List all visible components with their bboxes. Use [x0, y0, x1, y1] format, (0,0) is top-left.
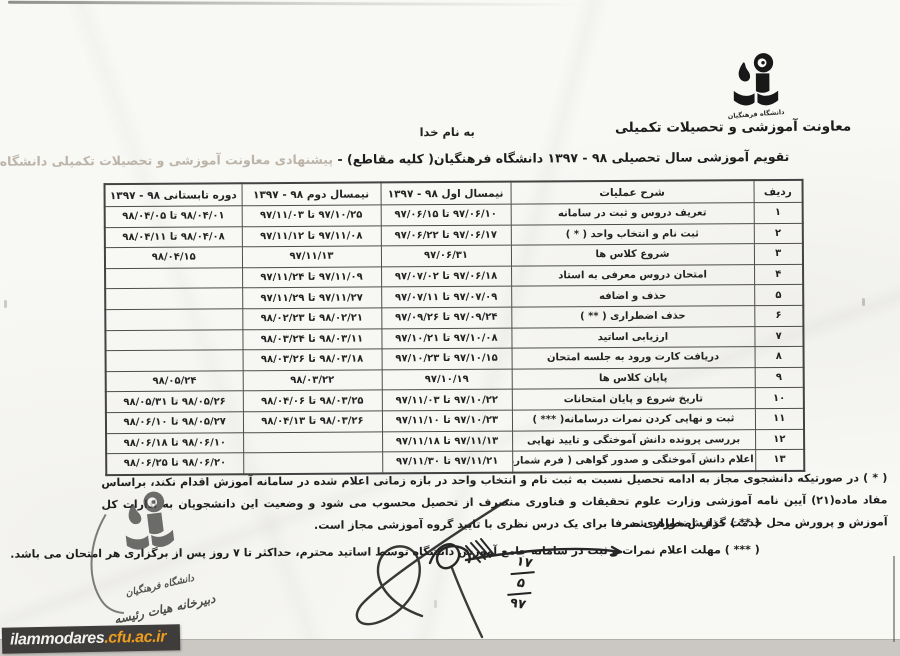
date-month: ۵ [499, 574, 544, 593]
cell-first-semester: ۹۷/۱۰/۱۵ تا ۹۷/۱۰/۲۳ [382, 348, 512, 369]
cell-first-semester: ۹۷/۱۰/۱۹ [382, 369, 512, 390]
cell-summer-term [105, 268, 242, 289]
cell-row-number: ۱ [754, 202, 803, 223]
cell-second-semester: ۹۸/۰۲/۲۱ تا ۹۸/۰۲/۲۳ [242, 308, 381, 329]
calendar-table-body: ۱تعریف دروس و ثبت در سامانه۹۷/۰۶/۱۰ تا ۹… [105, 202, 805, 474]
cell-summer-term [105, 288, 242, 309]
cell-summer-term: ۹۸/۰۵/۲۶ تا ۹۸/۰۵/۳۱ [106, 391, 243, 412]
cell-operation: شروع کلاس ها [511, 244, 754, 266]
cell-operation: حذف و اضافه [511, 285, 754, 307]
cell-second-semester: ۹۸/۰۳/۲۲ [243, 370, 382, 391]
cell-summer-term: ۹۸/۰۴/۱۵ [105, 247, 242, 268]
cell-row-number: ۶ [754, 305, 803, 326]
watermark-site-domain: .cfu.ac.ir [104, 629, 166, 647]
cell-second-semester: ۹۸/۰۳/۱۸ تا ۹۸/۰۳/۲۶ [243, 349, 382, 370]
cell-second-semester: ۹۸/۰۳/۲۵ تا ۹۸/۰۴/۰۶ [243, 390, 382, 411]
cell-summer-term [106, 350, 243, 371]
date-divider [511, 571, 535, 575]
university-logo: دانشگاه فرهنگیان [725, 52, 787, 118]
cell-first-semester: ۹۷/۰۶/۱۰ تا ۹۷/۰۶/۱۵ [381, 204, 511, 225]
cell-second-semester: ۹۷/۱۱/۲۷ تا ۹۷/۱۱/۲۹ [242, 287, 381, 308]
page-background: { "header": { "department": "معاونت آموز… [0, 0, 900, 656]
cell-row-number: ۸ [755, 346, 804, 367]
cell-summer-term: ۹۸/۰۵/۲۴ [106, 371, 243, 392]
cell-second-semester: ۹۷/۱۱/۱۳ [242, 246, 381, 267]
cell-second-semester [243, 431, 382, 452]
cell-row-number: ۹ [755, 367, 804, 388]
cell-summer-term: ۹۸/۰۵/۲۷ تا ۹۸/۰۶/۱۰ [106, 412, 243, 433]
cell-first-semester: ۹۷/۱۰/۰۸ تا ۹۷/۱۰/۲۱ [381, 328, 511, 349]
university-logo-icon [729, 52, 783, 110]
cell-first-semester: ۹۷/۰۶/۳۱ [381, 245, 511, 266]
cell-row-number: ۳ [754, 244, 803, 265]
watermark-bar: ilammodares.cfu.ac.ir [2, 624, 181, 653]
cell-first-semester: ۹۷/۱۱/۱۳ تا ۹۷/۱۱/۱۸ [382, 431, 512, 452]
cell-summer-term: ۹۸/۰۶/۱۰ تا ۹۸/۰۶/۱۸ [106, 432, 243, 453]
title-secondary: پیشنهادی معاونت آموزشی و تحصیلات تکمیلی … [0, 152, 333, 169]
cell-summer-term [105, 329, 242, 350]
watermark-site-name: ilammodares [10, 630, 105, 649]
header-row-number: ردیف [754, 180, 803, 203]
cell-row-number: ۲ [754, 223, 803, 244]
cell-operation: ثبت نام و انتخاب واحد ( * ) [511, 223, 754, 245]
cell-second-semester: ۹۸/۰۳/۱۱ تا ۹۸/۰۳/۲۴ [242, 328, 381, 349]
cell-row-number: ۷ [754, 326, 803, 347]
department-title: معاونت آموزشی و تحصیلات تکمیلی [615, 119, 851, 136]
cell-operation: تعریف دروس و ثبت در سامانه [511, 203, 754, 225]
cell-operation: ثبت و نهایی کردن نمرات درسامانه( *** ) [512, 409, 755, 431]
header-second-semester: نیمسال دوم ۹۸ - ۱۳۹۷ [242, 182, 381, 205]
cell-second-semester: ۹۷/۱۰/۲۵ تا ۹۷/۱۱/۰۳ [242, 205, 381, 226]
cell-first-semester: ۹۷/۰۶/۱۸ تا ۹۷/۰۷/۰۲ [381, 266, 511, 287]
cell-summer-term: ۹۸/۰۴/۰۸ تا ۹۸/۰۴/۱۱ [105, 226, 242, 247]
academic-calendar-table: ردیف شرح عملیات نیمسال اول ۹۸ - ۱۳۹۷ نیم… [104, 179, 806, 476]
cell-first-semester: ۹۷/۰۹/۲۴ تا ۹۷/۰۹/۲۶ [381, 307, 511, 328]
cell-row-number: ۱۰ [755, 388, 804, 409]
cell-operation: امتحان دروس معرفی به استاد [511, 264, 754, 286]
cell-row-number: ۴ [754, 264, 803, 285]
cell-operation: تاریخ شروع و پایان امتحانات [512, 388, 755, 410]
cell-operation: پایان کلاس ها [512, 367, 755, 389]
cell-operation: حذف اضطراری ( ** ) [511, 306, 754, 328]
cell-summer-term: ۹۸/۰۴/۰۱ تا ۹۸/۰۴/۰۵ [105, 206, 242, 227]
cell-summer-term [105, 309, 242, 330]
cell-first-semester: ۹۷/۰۷/۰۹ تا ۹۷/۰۷/۱۱ [381, 287, 511, 308]
cell-operation: ارزیابی اساتید [511, 326, 754, 348]
document-title: تقویم آموزشی سال تحصیلی ۹۸ - ۱۳۹۷ دانشگا… [0, 149, 789, 169]
cell-second-semester: ۹۷/۱۱/۰۸ تا ۹۷/۱۱/۱۲ [242, 226, 381, 247]
cell-first-semester: ۹۷/۱۰/۲۲ تا ۹۷/۱۱/۰۳ [382, 389, 512, 410]
besmellah-text: به نام خدا [397, 125, 497, 140]
cell-first-semester: ۹۷/۱۰/۲۳ تا ۹۷/۱۱/۱۰ [382, 410, 512, 431]
cell-row-number: ۵ [754, 285, 803, 306]
signature-icon [330, 496, 670, 646]
title-main: تقویم آموزشی سال تحصیلی ۹۸ - ۱۳۹۷ دانشگا… [333, 149, 789, 167]
handwritten-date: ۱۷ ۵ ۹۷ [496, 553, 546, 614]
cell-second-semester: ۹۸/۰۳/۲۶ تا ۹۸/۰۴/۱۳ [243, 411, 382, 432]
cell-row-number: ۱۲ [755, 429, 804, 450]
registrar-stamp: دانشگاه فرهنگیان دبیرخانه هیات رئیسه [74, 481, 250, 644]
cell-operation: بررسی پرونده دانش آموختگی و تایید نهایی [512, 429, 755, 451]
stamp-emblem-icon [115, 488, 180, 557]
header-first-semester: نیمسال اول ۹۸ - ۱۳۹۷ [381, 182, 511, 205]
cell-row-number: ۱۱ [755, 408, 804, 429]
header-operation: شرح عملیات [511, 180, 754, 204]
cell-first-semester: ۹۷/۰۶/۱۷ تا ۹۷/۰۶/۲۲ [381, 225, 511, 246]
cell-operation: دریافت کارت ورود به جلسه امتحان [512, 347, 755, 369]
cell-second-semester: ۹۷/۱۱/۰۹ تا ۹۷/۱۱/۲۴ [242, 267, 381, 288]
header-summer-term: دوره تابستانی ۹۸ - ۱۳۹۷ [105, 183, 242, 206]
